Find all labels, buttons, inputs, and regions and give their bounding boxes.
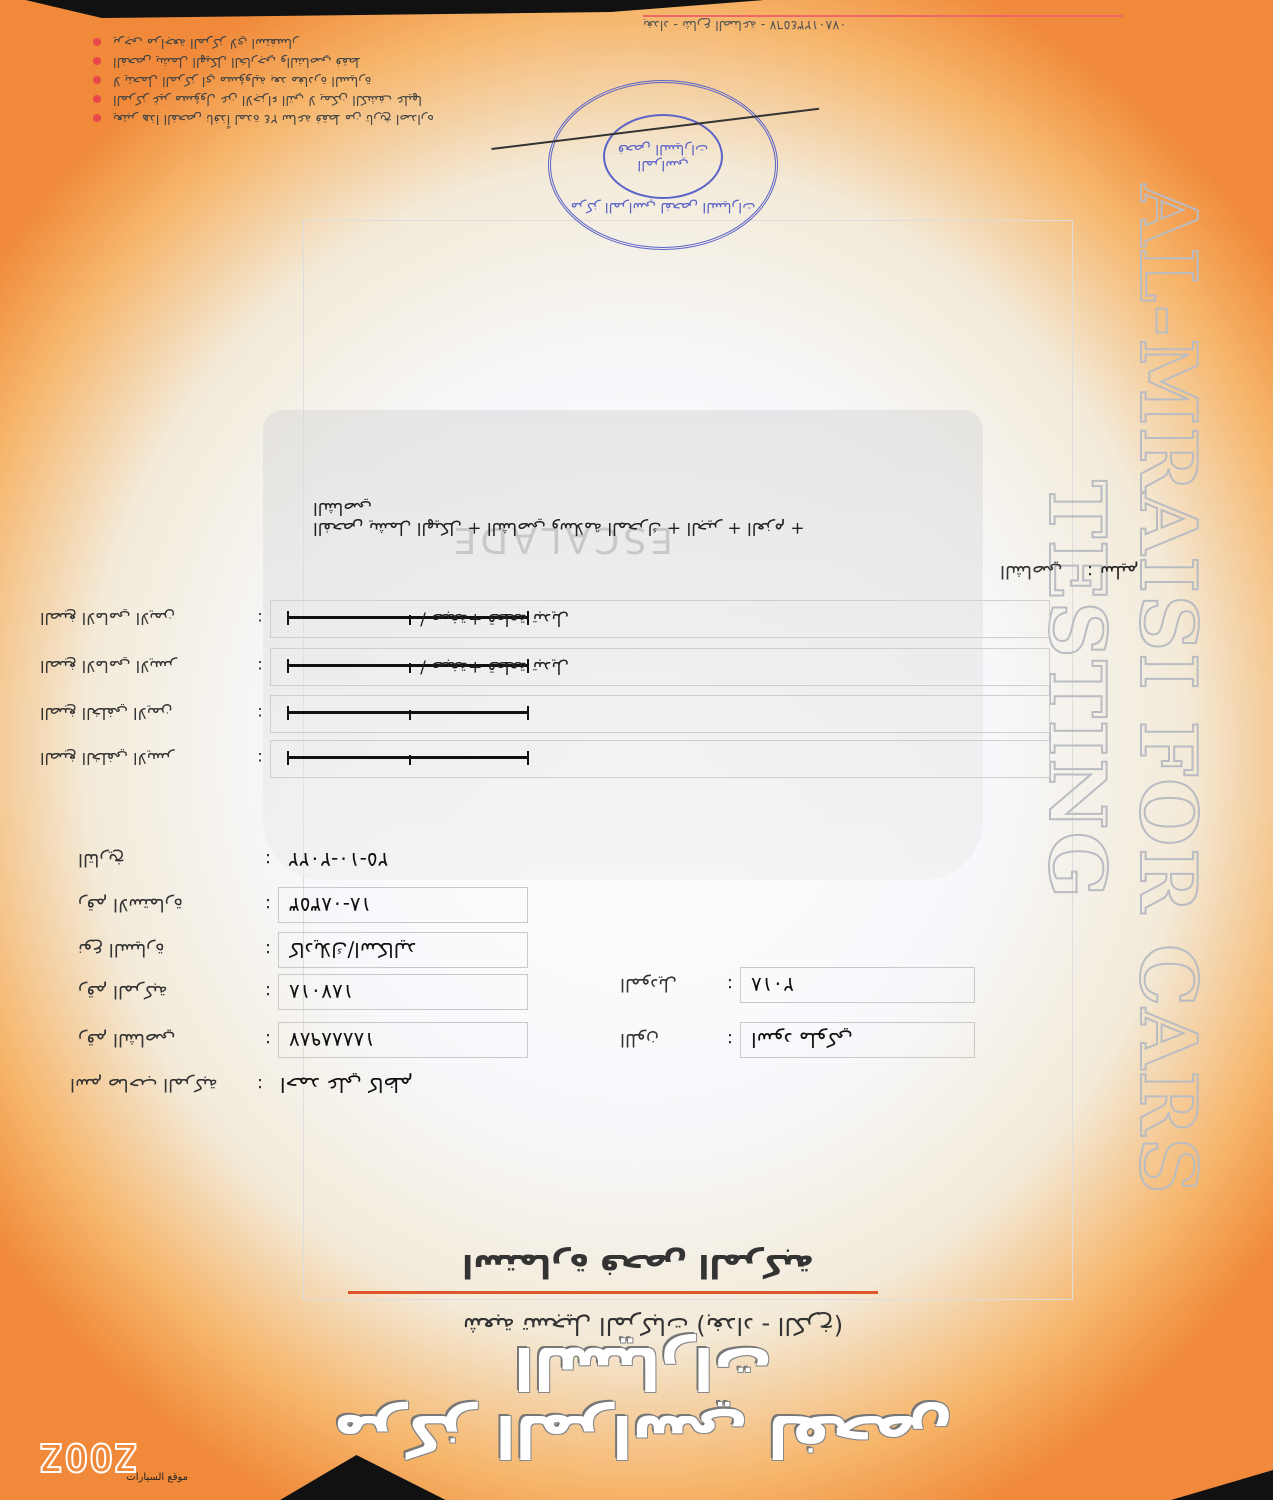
- footer-note: الفحص يشمل الهيكل الخارجي والشاصي فقط: [93, 52, 513, 71]
- paint-note: / صبغة+ قطعة تبديل: [420, 609, 569, 629]
- certificate-title: استمارة فحص المركبة: [343, 1247, 933, 1285]
- footer-note: المركز غير مسؤول عن الاجزاء التي لا يمكن…: [93, 90, 513, 109]
- field-value: ١٨٨٨٨٩٨٧: [278, 1022, 528, 1058]
- field-value: ١٨٧٠١٨: [278, 974, 528, 1010]
- divider-line: [348, 1291, 878, 1294]
- side-field-row: الموديل: ٢٠١٨: [620, 965, 975, 1005]
- field-label: نوع السيارة: [78, 940, 258, 961]
- stamp-inner-top: المراسي: [637, 157, 688, 173]
- site-watermark-subtitle: موقع السيارات: [40, 1472, 188, 1483]
- field-value: احمد علي كاظم: [270, 1067, 520, 1103]
- paint-row: الصبغ الخلفي الايسر:: [40, 738, 1050, 780]
- field-label: الموديل: [620, 975, 720, 996]
- field-value: ٢٠٢٢-١٠-٢٥: [278, 842, 528, 878]
- chassis-label: الشاصي: [1000, 562, 1080, 583]
- field-label: التاريخ: [78, 850, 258, 871]
- footer-note: لا يتحمل المركز اي مسؤولية بعد مغادرة ال…: [93, 71, 513, 90]
- brand-vertical-text: AL-MRAISI FOR CARS TESTING: [1123, 140, 1213, 1240]
- chassis-value: سليم: [1100, 562, 1138, 583]
- paint-note: / صبغة+ قطعة تبديل: [420, 657, 569, 677]
- inspection-certificate: AL-MRAISI FOR CARS TESTING مركز المراسي …: [0, 0, 1273, 1500]
- field-row: رقم الشاصي: ١٨٨٨٨٩٨٧: [78, 1020, 528, 1060]
- field-label: اسم صاحب المركبة: [70, 1075, 250, 1096]
- paint-label: الصبغ الخلفي الايسر: [40, 750, 250, 769]
- side-field-row: اللون: اسود ملوكي: [620, 1020, 975, 1060]
- paint-label: الصبغ الامامي الايمن: [40, 610, 250, 629]
- field-label: رقم المركبة: [78, 982, 258, 1003]
- chassis-row: الشاصي: سليم: [1000, 552, 1138, 592]
- paint-label: الصبغ الخلفي الايمن: [40, 705, 250, 724]
- paint-row: الصبغ الامامي الايمن: / صبغة+ قطعة تبديل: [40, 598, 1050, 640]
- field-value: اسود ملوكي: [740, 1022, 975, 1058]
- footer-note: يرجى مراجعة المركز لاي استفسار: [93, 33, 513, 52]
- paint-label: الصبغ الامامي الايسر: [40, 658, 250, 677]
- center-subtitle: شعبة تسجيل المركبات (بغداد - الكرخ): [333, 1312, 973, 1340]
- inspection-notes: الفحص يشمل الهيكل + الشاصي وسلامة المحرك…: [313, 498, 813, 538]
- field-label: رقم الاستمارة: [78, 895, 258, 916]
- paint-row: الصبغ الخلفي الايمن:: [40, 693, 1050, 735]
- stamp-outer-text: مركز المراسي لفحص السيارات: [571, 200, 756, 216]
- field-value: ٠٨٣٥٣-١٨: [278, 887, 528, 923]
- stamp-inner-bottom: فحص السيارات: [618, 141, 708, 157]
- field-row: اسم صاحب المركبة: احمد علي كاظم: [70, 1065, 520, 1105]
- field-label: رقم الشاصي: [78, 1030, 258, 1051]
- footer-notes: يعتبر هذا الفحص نافذاً لمدة ٢٤ ساعة فقط …: [93, 33, 513, 128]
- damage-scale: [289, 711, 529, 714]
- field-value: كاديلاك/اسكاليد: [278, 932, 528, 968]
- footer-contact: بغداد - شارع الصناعة - ٠٧٨٠١٢٣٤٥٦٧: [643, 15, 1123, 32]
- field-label: اللون: [620, 1030, 720, 1051]
- car-image-faded: [263, 410, 983, 880]
- center-title: مركز المراسي لفحص السيارات: [263, 1334, 1023, 1470]
- paint-row: الصبغ الامامي الايسر: / صبغة+ قطعة تبديل: [40, 646, 1050, 688]
- footer-note: يعتبر هذا الفحص نافذاً لمدة ٢٤ ساعة فقط …: [93, 109, 513, 128]
- field-row: رقم الاستمارة: ٠٨٣٥٣-١٨: [78, 885, 528, 925]
- field-row: نوع السيارة: كاديلاك/اسكاليد: [78, 930, 528, 970]
- field-row: التاريخ: ٢٠٢٢-١٠-٢٥: [78, 840, 528, 880]
- field-value: ٢٠١٨: [740, 967, 975, 1003]
- damage-scale: [289, 756, 529, 759]
- field-row: رقم المركبة: ١٨٧٠١٨: [78, 972, 528, 1012]
